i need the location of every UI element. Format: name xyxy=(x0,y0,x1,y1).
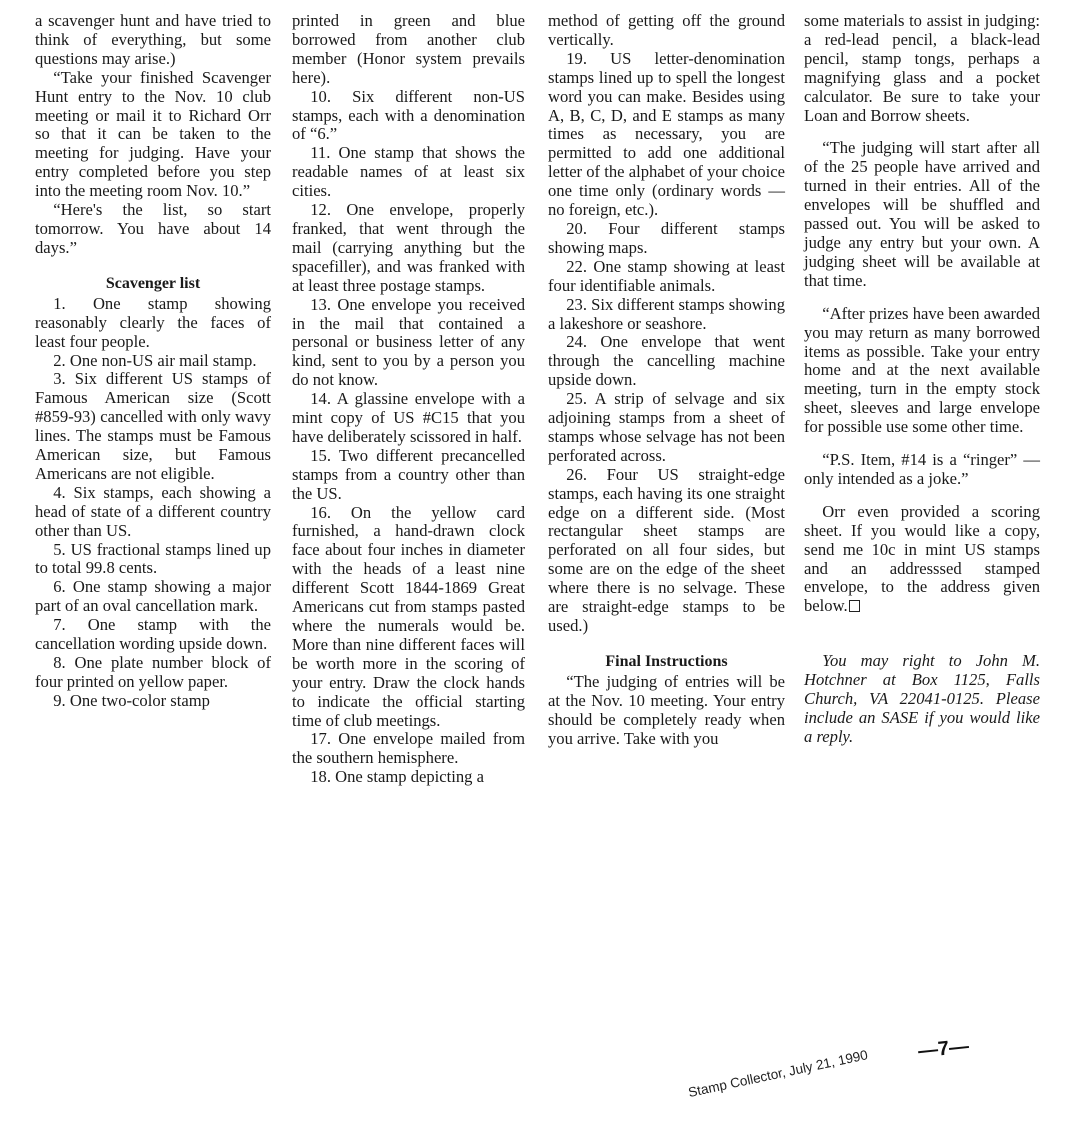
list-item: 11. One stamp that shows the readable na… xyxy=(292,144,525,201)
list-item: 22. One stamp showing at least four iden… xyxy=(548,258,785,296)
list-item: 7. One stamp with the cancellation wordi… xyxy=(35,616,271,654)
list-item: 17. One envelope mailed from the souther… xyxy=(292,730,525,768)
paragraph: “The judging will start after all of the… xyxy=(804,139,1040,290)
list-item: method of getting off the ground vertica… xyxy=(548,12,785,50)
list-item: 25. A strip of selvage and six adjoining… xyxy=(548,390,785,466)
author-contact-note: You may right to John M. Hotchner at Box… xyxy=(804,652,1040,747)
column-1: a scavenger hunt and have tried to think… xyxy=(35,12,271,711)
list-item: 3. Six different US stamps of Famous Ame… xyxy=(35,370,271,483)
publication-footer: Stamp Collector, July 21, 1990 xyxy=(687,1047,869,1100)
section-heading-final-instructions: Final Instructions xyxy=(548,652,785,671)
list-item: 16. On the yellow card furnished, a hand… xyxy=(292,504,525,731)
column-3: method of getting off the ground vertica… xyxy=(548,12,785,749)
paragraph-closing: Orr even provided a scoring sheet. If yo… xyxy=(804,503,1040,616)
list-item: 20. Four different stamps showing maps. xyxy=(548,220,785,258)
list-item: printed in green and blue borrowed from … xyxy=(292,12,525,88)
list-item: 24. One envelope that went through the c… xyxy=(548,333,785,390)
end-mark-icon xyxy=(849,600,860,612)
list-item: 6. One stamp showing a major part of an … xyxy=(35,578,271,616)
list-item: 13. One envelope you received in the mai… xyxy=(292,296,525,391)
closing-text: Orr even provided a scoring sheet. If yo… xyxy=(804,502,1040,616)
paragraph: a scavenger hunt and have tried to think… xyxy=(35,12,271,69)
paragraph: some materials to assist in judging: a r… xyxy=(804,12,1040,125)
section-heading-scavenger-list: Scavenger list xyxy=(35,274,271,293)
paragraph: “Here's the list, so start tomorrow. You… xyxy=(35,201,271,258)
list-item: 15. Two different precancelled stamps fr… xyxy=(292,447,525,504)
paragraph: “Take your finished Scavenger Hunt entry… xyxy=(35,69,271,201)
page-number: —7— xyxy=(917,1035,970,1063)
column-4: some materials to assist in judging: a r… xyxy=(804,12,1040,747)
list-item: 2. One non-US air mail stamp. xyxy=(35,352,271,371)
list-item: 5. US fractional stamps lined up to tota… xyxy=(35,541,271,579)
list-item: 19. US letter-denomination stamps lined … xyxy=(548,50,785,220)
list-item: 1. One stamp showing reasonably clearly … xyxy=(35,295,271,352)
list-item: 12. One envelope, properly franked, that… xyxy=(292,201,525,296)
list-item: 9. One two-color stamp xyxy=(35,692,271,711)
paragraph: “The judging of entries will be at the N… xyxy=(548,673,785,749)
list-item: 18. One stamp depicting a xyxy=(292,768,525,787)
list-item: 10. Six different non-US stamps, each wi… xyxy=(292,88,525,145)
list-item: 14. A glassine envelope with a mint copy… xyxy=(292,390,525,447)
list-item: 4. Six stamps, each showing a head of st… xyxy=(35,484,271,541)
list-item: 26. Four US straight-edge stamps, each h… xyxy=(548,466,785,636)
column-2: printed in green and blue borrowed from … xyxy=(292,12,525,787)
paragraph: “P.S. Item, #14 is a “ringer” — only int… xyxy=(804,451,1040,489)
paragraph: “After prizes have been awarded you may … xyxy=(804,305,1040,437)
list-item: 23. Six different stamps showing a lakes… xyxy=(548,296,785,334)
list-item: 8. One plate number block of four printe… xyxy=(35,654,271,692)
